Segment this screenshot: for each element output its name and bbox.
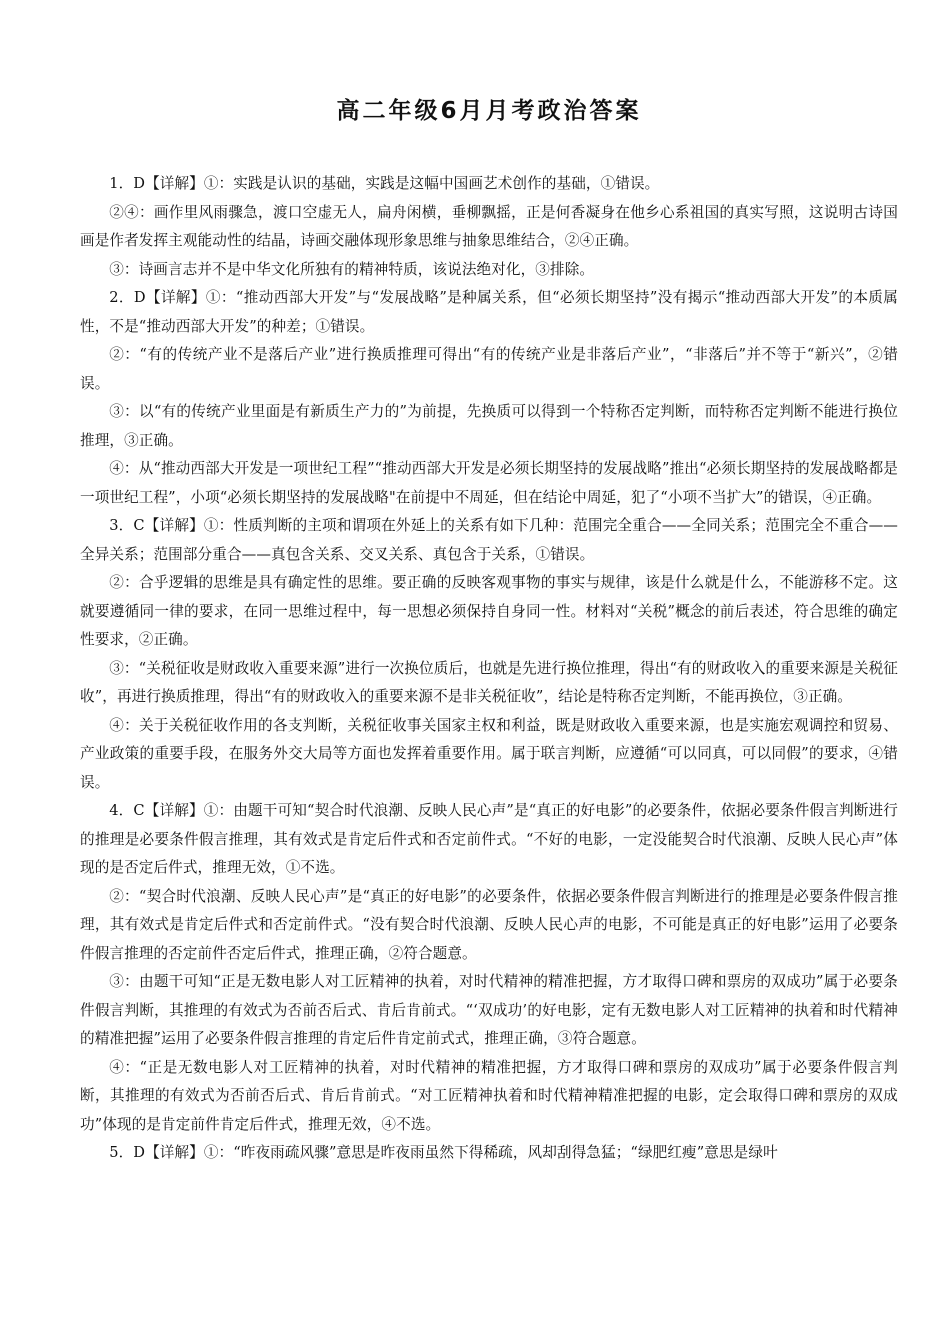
answer-1-paragraph-2: ②④：画作里风雨骤急，渡口空虚无人，扁舟闲横，垂柳飘摇，正是何香凝身在他乡心系祖… (80, 199, 898, 256)
answer-4-paragraph-4: ④：“正是无数电影人对工匠精神的执着，对时代精神的精准把握，方才取得口碑和票房的… (80, 1054, 898, 1140)
answer-5-paragraph-1: 5．D【详解】①：“昨夜雨疏风骤”意思是昨夜雨虽然下得稀疏，风却刮得急猛；“绿肥… (80, 1139, 898, 1168)
answer-1-paragraph-1: 1．D【详解】①：实践是认识的基础，实践是这幅中国画艺术创作的基础，①错误。 (80, 170, 898, 199)
answer-2-paragraph-4: ④：从“推动西部大开发是一项世纪工程”“推动西部大开发是必须长期坚持的发展战略”… (80, 455, 898, 512)
answer-2-paragraph-1: 2．D【详解】①：“推动西部大开发”与“发展战略”是种属关系，但“必须长期坚持”… (80, 284, 898, 341)
answer-3-paragraph-1: 3．C【详解】①：性质判断的主项和谓项在外延上的关系有如下几种：范围完全重合——… (80, 512, 898, 569)
answer-body: 1．D【详解】①：实践是认识的基础，实践是这幅中国画艺术创作的基础，①错误。 ②… (80, 170, 898, 1168)
document-title: 高二年级6月月考政治答案 (80, 92, 898, 125)
answer-4-paragraph-1: 4．C【详解】①：由题干可知“契合时代浪潮、反映人民心声”是“真正的好电影”的必… (80, 797, 898, 883)
answer-3-paragraph-2: ②：合乎逻辑的思维是具有确定性的思维。要正确的反映客观事物的事实与规律，该是什么… (80, 569, 898, 655)
answer-3-paragraph-4: ④：关于关税征收作用的各支判断，关税征收事关国家主权和利益，既是财政收入重要来源… (80, 712, 898, 798)
answer-1-paragraph-3: ③：诗画言志并不是中华文化所独有的精神特质，该说法绝对化，③排除。 (80, 256, 898, 285)
answer-4-paragraph-3: ③：由题干可知“正是无数电影人对工匠精神的执着，对时代精神的精准把握，方才取得口… (80, 968, 898, 1054)
answer-4-paragraph-2: ②：“契合时代浪潮、反映人民心声”是“真正的好电影”的必要条件，依据必要条件假言… (80, 883, 898, 969)
answer-3-paragraph-3: ③：“关税征收是财政收入重要来源”进行一次换位质后，也就是先进行换位推理，得出“… (80, 655, 898, 712)
answer-2-paragraph-2: ②：“有的传统产业不是落后产业”进行换质推理可得出“有的传统产业是非落后产业”，… (80, 341, 898, 398)
answer-2-paragraph-3: ③：以“有的传统产业里面是有新质生产力的”为前提，先换质可以得到一个特称否定判断… (80, 398, 898, 455)
